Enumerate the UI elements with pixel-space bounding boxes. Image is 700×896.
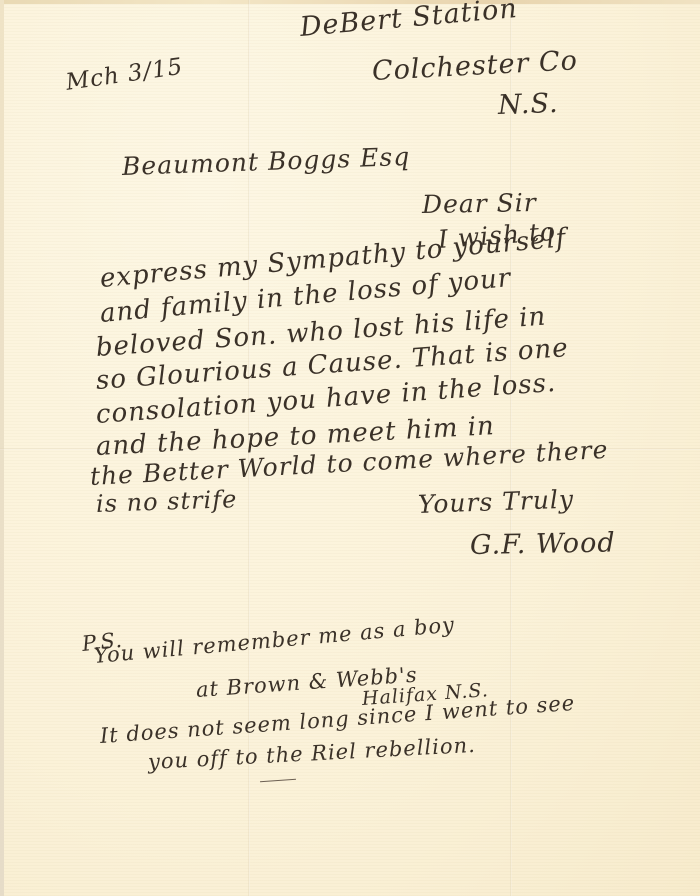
body-line: is no strife <box>96 485 238 518</box>
address-line-2: Colchester Co <box>371 45 578 87</box>
letter-date: Mch 3/15 <box>64 54 185 96</box>
salutation: Dear Sir <box>422 188 537 219</box>
address-line-3: N.S. <box>497 88 559 121</box>
recipient-name: Beaumont Boggs Esq <box>121 142 410 181</box>
postscript-line: You will remember me as a boy <box>93 612 456 667</box>
letter-page: DeBert Station Colchester Co N.S. Mch 3/… <box>0 0 700 896</box>
address-line-1: DeBert Station <box>299 0 519 43</box>
paper-top-edge <box>0 0 700 4</box>
postscript-flourish <box>260 779 296 783</box>
signature: G.F. Wood <box>470 527 616 561</box>
closing: Yours Truly <box>417 485 574 519</box>
